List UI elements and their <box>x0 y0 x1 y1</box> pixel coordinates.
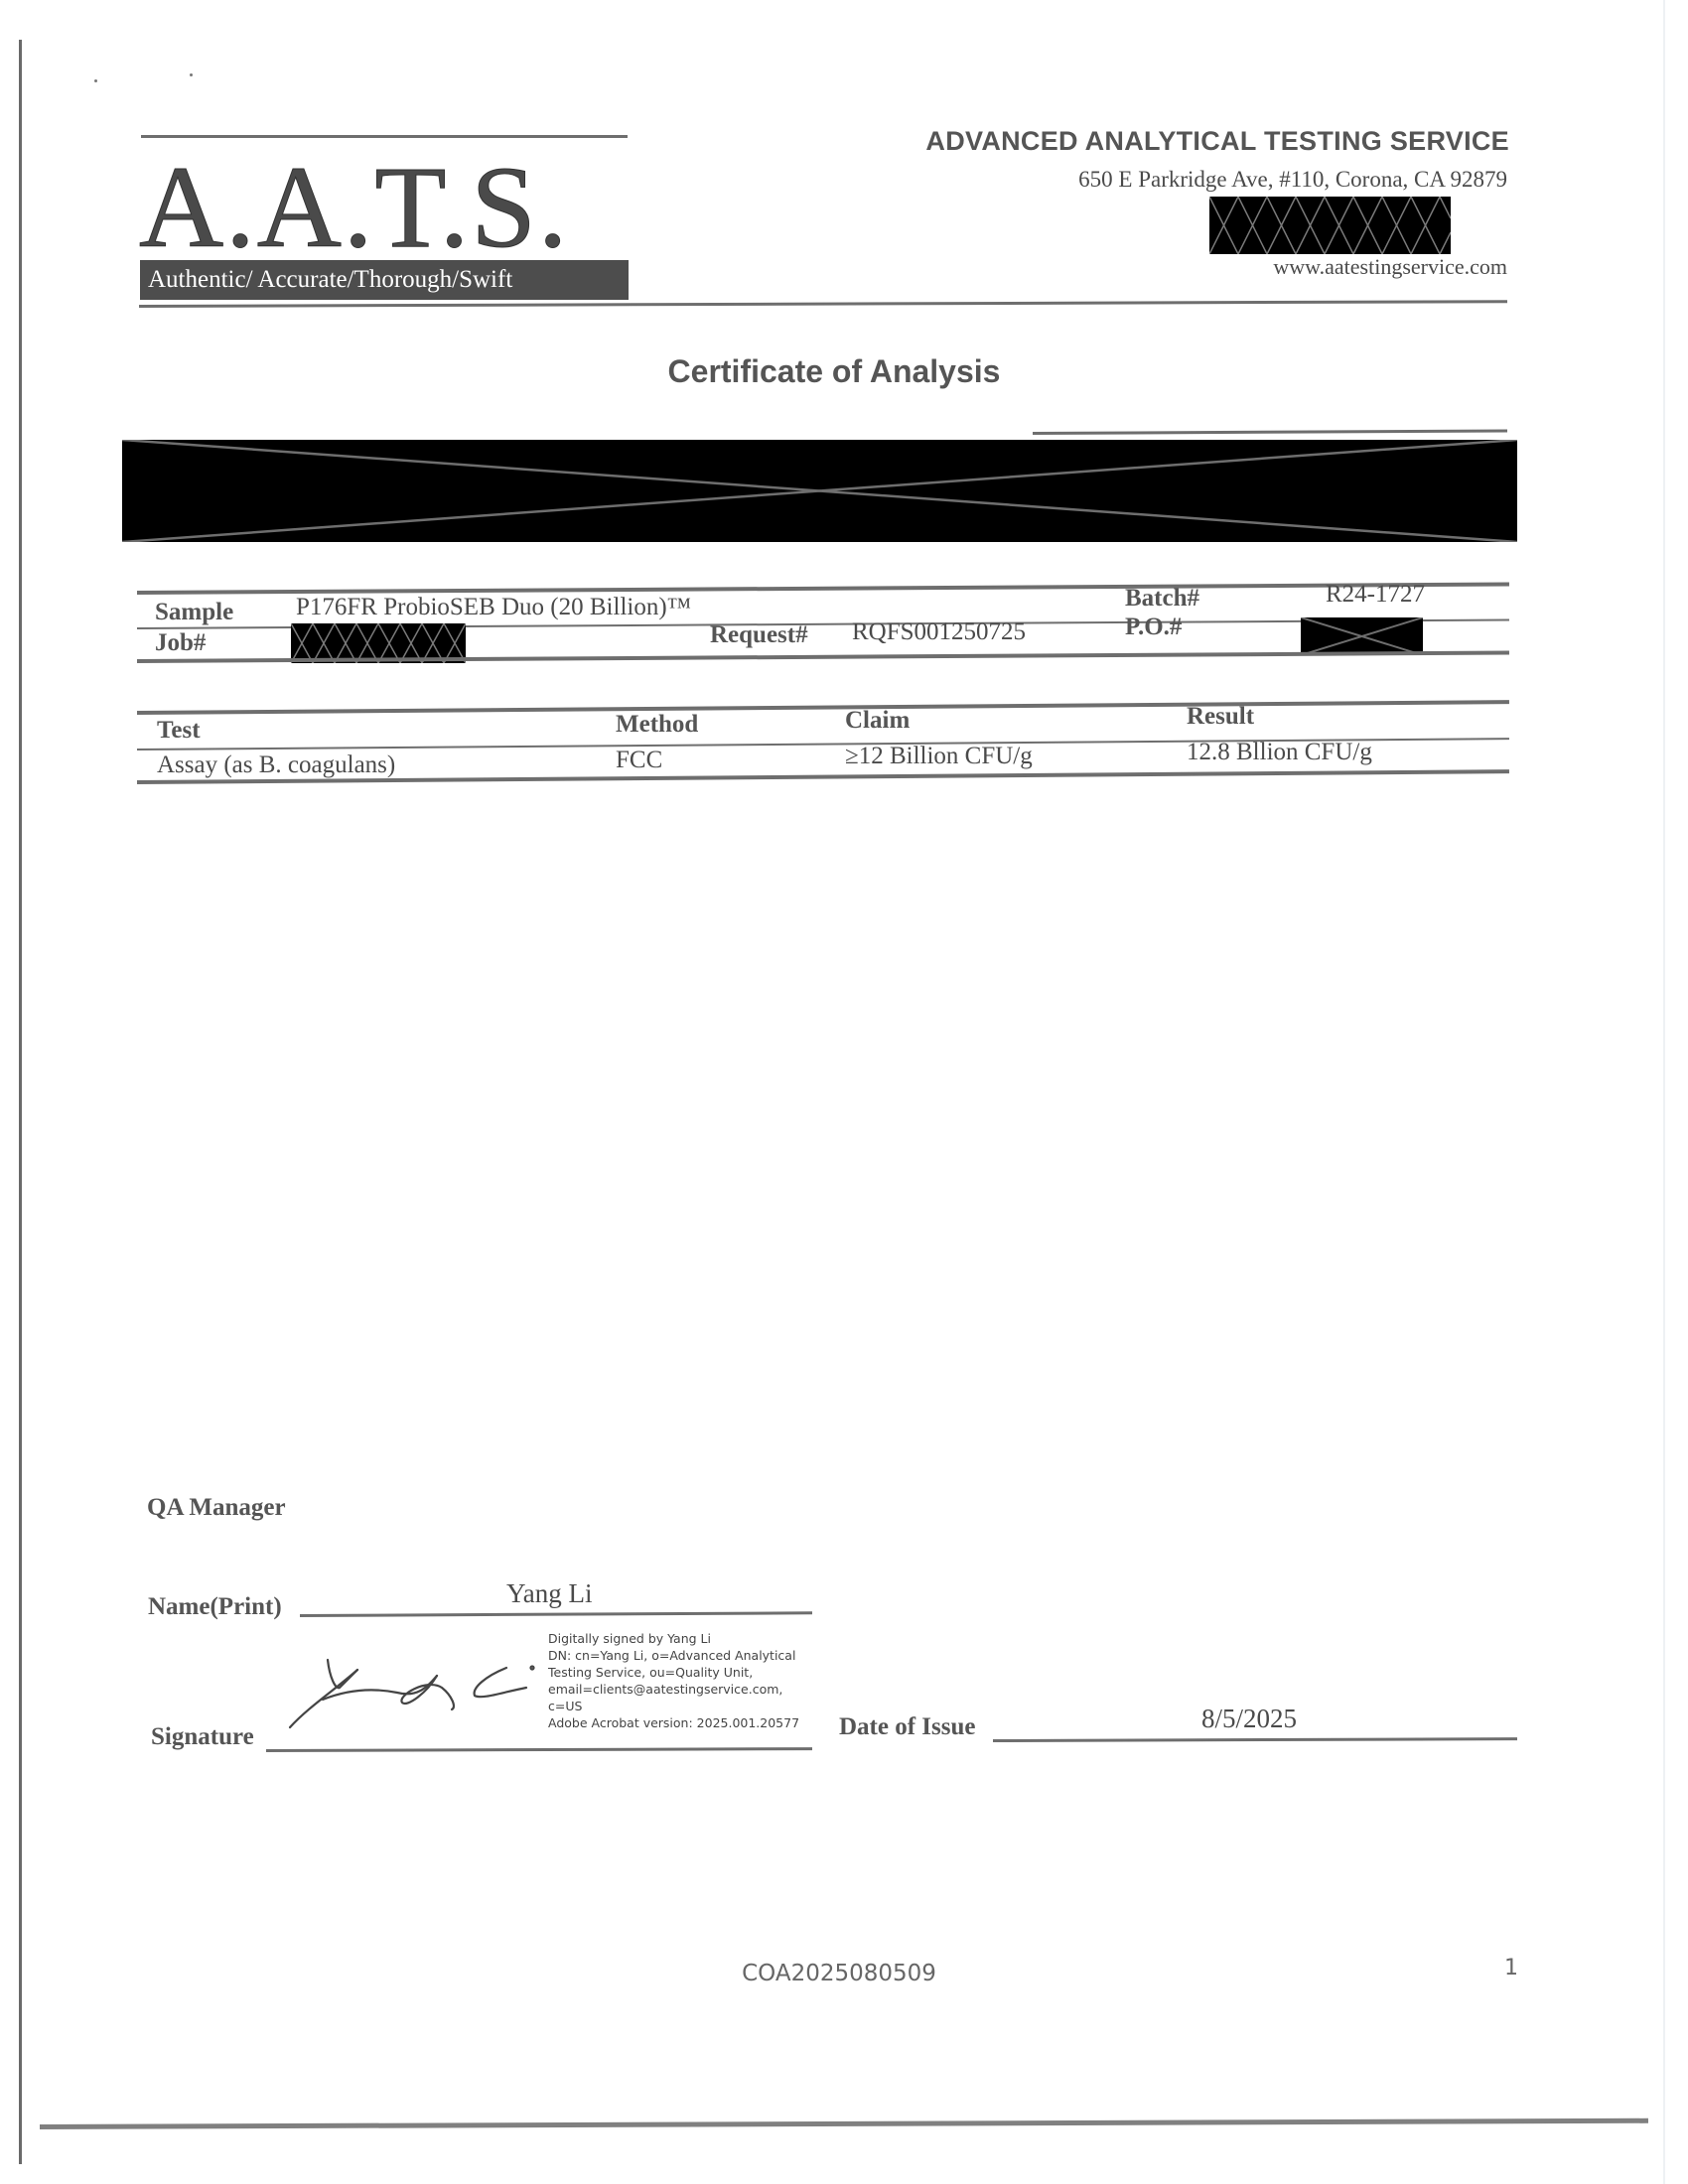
cell-claim: ≥12 Billion CFU/g <box>845 743 1033 770</box>
scan-speck <box>190 73 193 76</box>
page-number: 1 <box>1504 1956 1518 1980</box>
digital-signature-line: Testing Service, ou=Quality Unit, <box>548 1664 799 1681</box>
signature-line <box>266 1747 812 1752</box>
redacted-customer-info <box>122 440 1517 542</box>
column-header-claim: Claim <box>845 707 910 735</box>
scan-speck <box>94 79 97 82</box>
name-print-value: Yang Li <box>506 1578 593 1609</box>
redacted-contact <box>1209 197 1451 254</box>
handwritten-signature <box>278 1648 546 1737</box>
column-header-result: Result <box>1187 703 1254 731</box>
redacted-po-number <box>1301 617 1423 655</box>
qa-manager-label: QA Manager <box>147 1494 286 1522</box>
name-line <box>300 1611 812 1617</box>
customer-top-rule <box>1033 429 1507 435</box>
digital-signature-line: email=clients@aatestingservice.com, <box>548 1681 799 1698</box>
sample-label: Sample <box>155 599 233 626</box>
redaction-cross-icon <box>122 440 1517 542</box>
company-logo: A.A.T.S. <box>139 149 569 266</box>
digital-signature-line: c=US <box>548 1698 799 1714</box>
digital-signature-line: Digitally signed by Yang Li <box>548 1630 799 1647</box>
po-label: P.O.# <box>1125 614 1182 641</box>
redaction-cross-icon <box>1301 617 1423 655</box>
document-id: COA2025080509 <box>0 1961 1678 1986</box>
logo-top-rule <box>141 135 628 138</box>
company-name: ADVANCED ANALYTICAL TESTING SERVICE <box>925 126 1509 157</box>
company-address: 650 E Parkridge Ave, #110, Corona, CA 92… <box>1078 167 1507 193</box>
cell-method: FCC <box>616 747 662 774</box>
name-print-label: Name(Print) <box>148 1593 282 1621</box>
sample-value: P176FR ProbioSEB Duo (20 Billion)™ <box>296 594 691 621</box>
signature-label: Signature <box>151 1723 254 1751</box>
company-website: www.aatestingservice.com <box>1273 254 1507 280</box>
job-label: Job# <box>155 629 206 657</box>
request-label: Request# <box>710 621 808 649</box>
cell-result: 12.8 Bllion CFU/g <box>1187 739 1372 766</box>
date-of-issue-label: Date of Issue <box>839 1713 976 1741</box>
header-bottom-rule <box>139 300 1507 308</box>
digital-signature-line: Adobe Acrobat version: 2025.001.20577 <box>548 1714 799 1731</box>
scan-edge-bottom <box>40 2118 1648 2129</box>
table-top-rule <box>137 700 1509 715</box>
company-tagline: Authentic/ Accurate/Thorough/Swift <box>140 260 629 300</box>
digital-signature-block: Digitally signed by Yang Li DN: cn=Yang … <box>548 1630 799 1731</box>
scan-edge-right <box>1663 0 1665 2184</box>
date-of-issue-value: 8/5/2025 <box>1201 1704 1297 1734</box>
column-header-method: Method <box>616 711 698 739</box>
batch-value: R24-1727 <box>1326 581 1425 609</box>
column-header-test: Test <box>157 717 201 745</box>
cell-test: Assay (as B. coagulans) <box>157 751 395 779</box>
batch-label: Batch# <box>1125 585 1199 613</box>
digital-signature-line: DN: cn=Yang Li, o=Advanced Analytical <box>548 1647 799 1664</box>
date-line <box>993 1737 1517 1742</box>
redaction-cross-icon <box>1209 197 1451 254</box>
request-value: RQFS001250725 <box>852 618 1026 646</box>
document-title: Certificate of Analysis <box>0 353 1668 390</box>
